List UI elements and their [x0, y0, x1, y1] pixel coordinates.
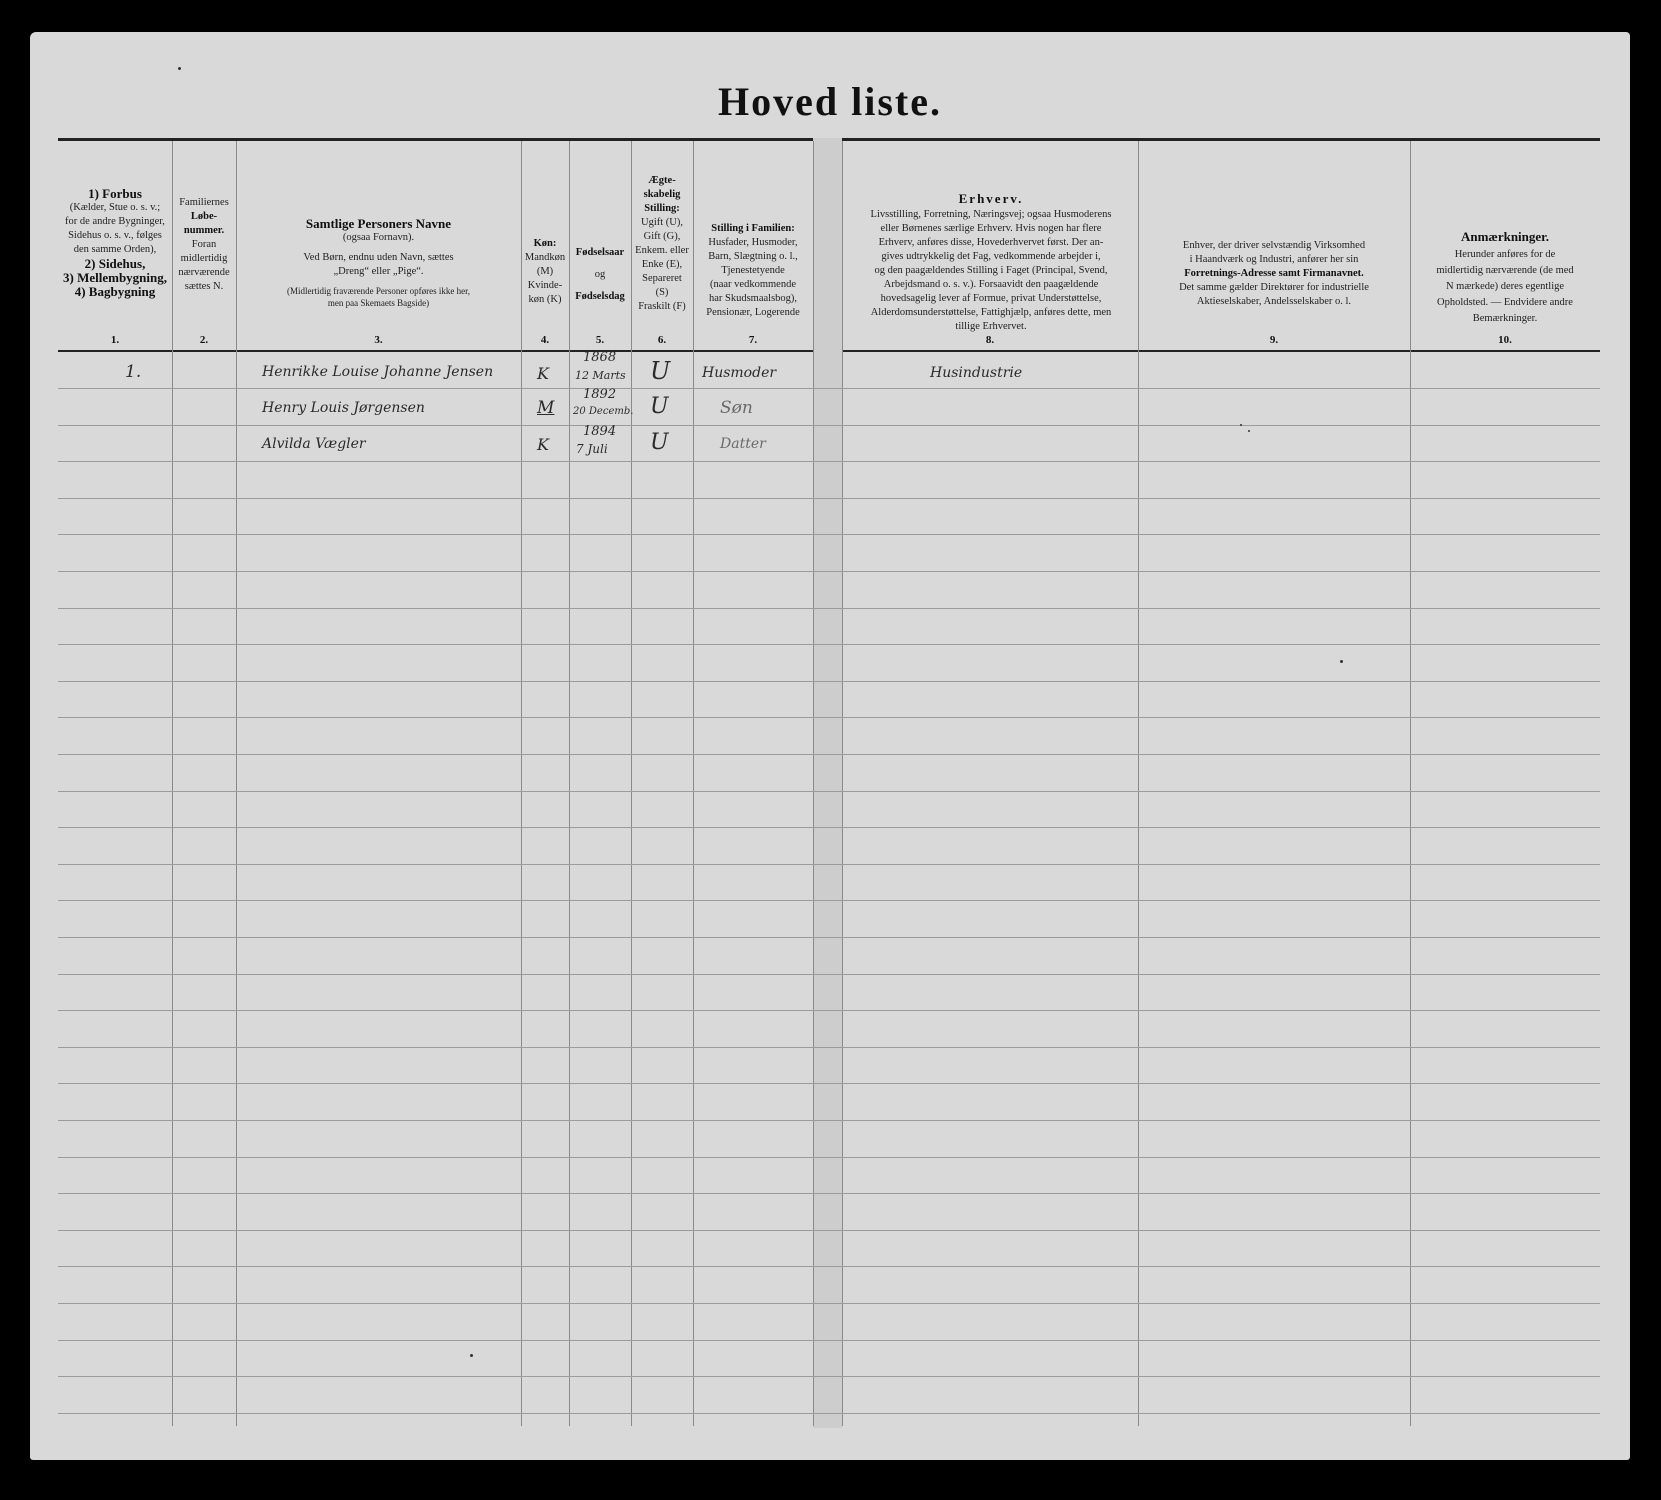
entry-family-position: Datter: [720, 436, 766, 452]
column-number-5: 5.: [569, 334, 631, 346]
row-line: [58, 681, 1600, 682]
entry-birth-year: 1868: [583, 350, 616, 365]
column-header-7: Stilling i Familien: Husfader, Husmoder,…: [693, 222, 813, 320]
row-line: [58, 1230, 1600, 1231]
entry-birth-day: 12 Marts: [575, 369, 626, 382]
entry-occupation: Husindustrie: [930, 365, 1022, 381]
page-title: Hoved liste.: [30, 78, 1630, 125]
row-line: [58, 1010, 1600, 1011]
column-header-4: Køn: Mandkøn (M) Kvinde- køn (K): [521, 237, 569, 307]
row-line: [58, 1376, 1600, 1377]
row-line: [58, 1120, 1600, 1121]
column-header-10: Anmærkninger. Herunder anføres for de mi…: [1410, 229, 1600, 327]
row-line: [58, 498, 1600, 499]
ink-speck: [1340, 660, 1343, 663]
entry-marital-status: U: [650, 394, 669, 419]
column-divider: [813, 141, 814, 1426]
column-header-3: Samtlige Personers Navne (ogsaa Fornavn)…: [236, 217, 521, 309]
census-form-page: Hoved liste. 1) Forbus (Kælder, Stue o. …: [30, 32, 1630, 1460]
row-line: [58, 1266, 1600, 1267]
column-header-8: Erhverv. Livsstilling, Forretning, Nærin…: [846, 192, 1136, 334]
entry-sex: K: [537, 364, 549, 383]
column-number-3: 3.: [236, 334, 521, 346]
row-line: [58, 827, 1600, 828]
row-line: [58, 937, 1600, 938]
entry-birth-year: 1892: [583, 387, 616, 402]
column-header-1: 1) Forbus (Kælder, Stue o. s. v.; for de…: [58, 187, 172, 299]
column-number-6: 6.: [631, 334, 693, 346]
entry-birth-year: 1894: [583, 424, 616, 439]
ink-speck: [1240, 424, 1242, 426]
column-number-10: 10.: [1410, 334, 1600, 346]
entry-marital-status: U: [650, 357, 670, 385]
row-line: [58, 461, 1600, 462]
row-line: [58, 717, 1600, 718]
column-number-9: 9.: [1138, 334, 1410, 346]
ink-speck: [178, 67, 181, 70]
page-gutter: [813, 138, 842, 1428]
row-line: [58, 1193, 1600, 1194]
row-line: [58, 1047, 1600, 1048]
ink-speck: [1248, 430, 1250, 432]
column-number-2: 2.: [172, 334, 236, 346]
entry-birth-day: 7 Juli: [576, 442, 608, 456]
row-line: [58, 1157, 1600, 1158]
column-number-4: 4.: [521, 334, 569, 346]
row-line: [58, 974, 1600, 975]
row-line: [58, 571, 1600, 572]
column-header-2: Familiernes Løbe- nummer. Foran midlerti…: [172, 196, 236, 294]
column-number-1: 1.: [58, 334, 172, 346]
row-line: [58, 534, 1600, 535]
row-line: [58, 1413, 1600, 1414]
row-line: [58, 900, 1600, 901]
entry-name: Alvilda Vægler: [262, 436, 366, 452]
row-line: [58, 1303, 1600, 1304]
entry-building-number: 1.: [125, 362, 141, 382]
row-line: [58, 388, 1600, 389]
row-line: [58, 608, 1600, 609]
row-line: [58, 1340, 1600, 1341]
entry-sex: M: [537, 398, 554, 418]
entry-birth-day: 20 Decemb.: [573, 406, 633, 417]
entry-name: Henry Louis Jørgensen: [262, 400, 425, 416]
column-header-5: Fødselsaar og Fødselsdag: [569, 242, 631, 308]
column-header-9: Enhver, der driver selvstændig Virksomhe…: [1138, 239, 1410, 309]
ink-speck: [470, 1354, 473, 1357]
row-line: [58, 754, 1600, 755]
entry-marital-status: U: [650, 430, 669, 455]
entry-family-position: Søn: [720, 398, 753, 418]
column-number-7: 7.: [693, 334, 813, 346]
column-number-8: 8.: [842, 334, 1138, 346]
row-line: [58, 864, 1600, 865]
entry-name: Henrikke Louise Johanne Jensen: [262, 364, 493, 380]
row-line: [58, 425, 1600, 426]
row-line: [58, 791, 1600, 792]
entry-family-position: Husmoder: [702, 365, 776, 381]
row-line: [58, 1083, 1600, 1084]
entry-sex: K: [537, 435, 549, 454]
column-header-6: Ægte- skabelig Stilling: Ugift (U), Gift…: [631, 174, 693, 314]
row-line: [58, 644, 1600, 645]
